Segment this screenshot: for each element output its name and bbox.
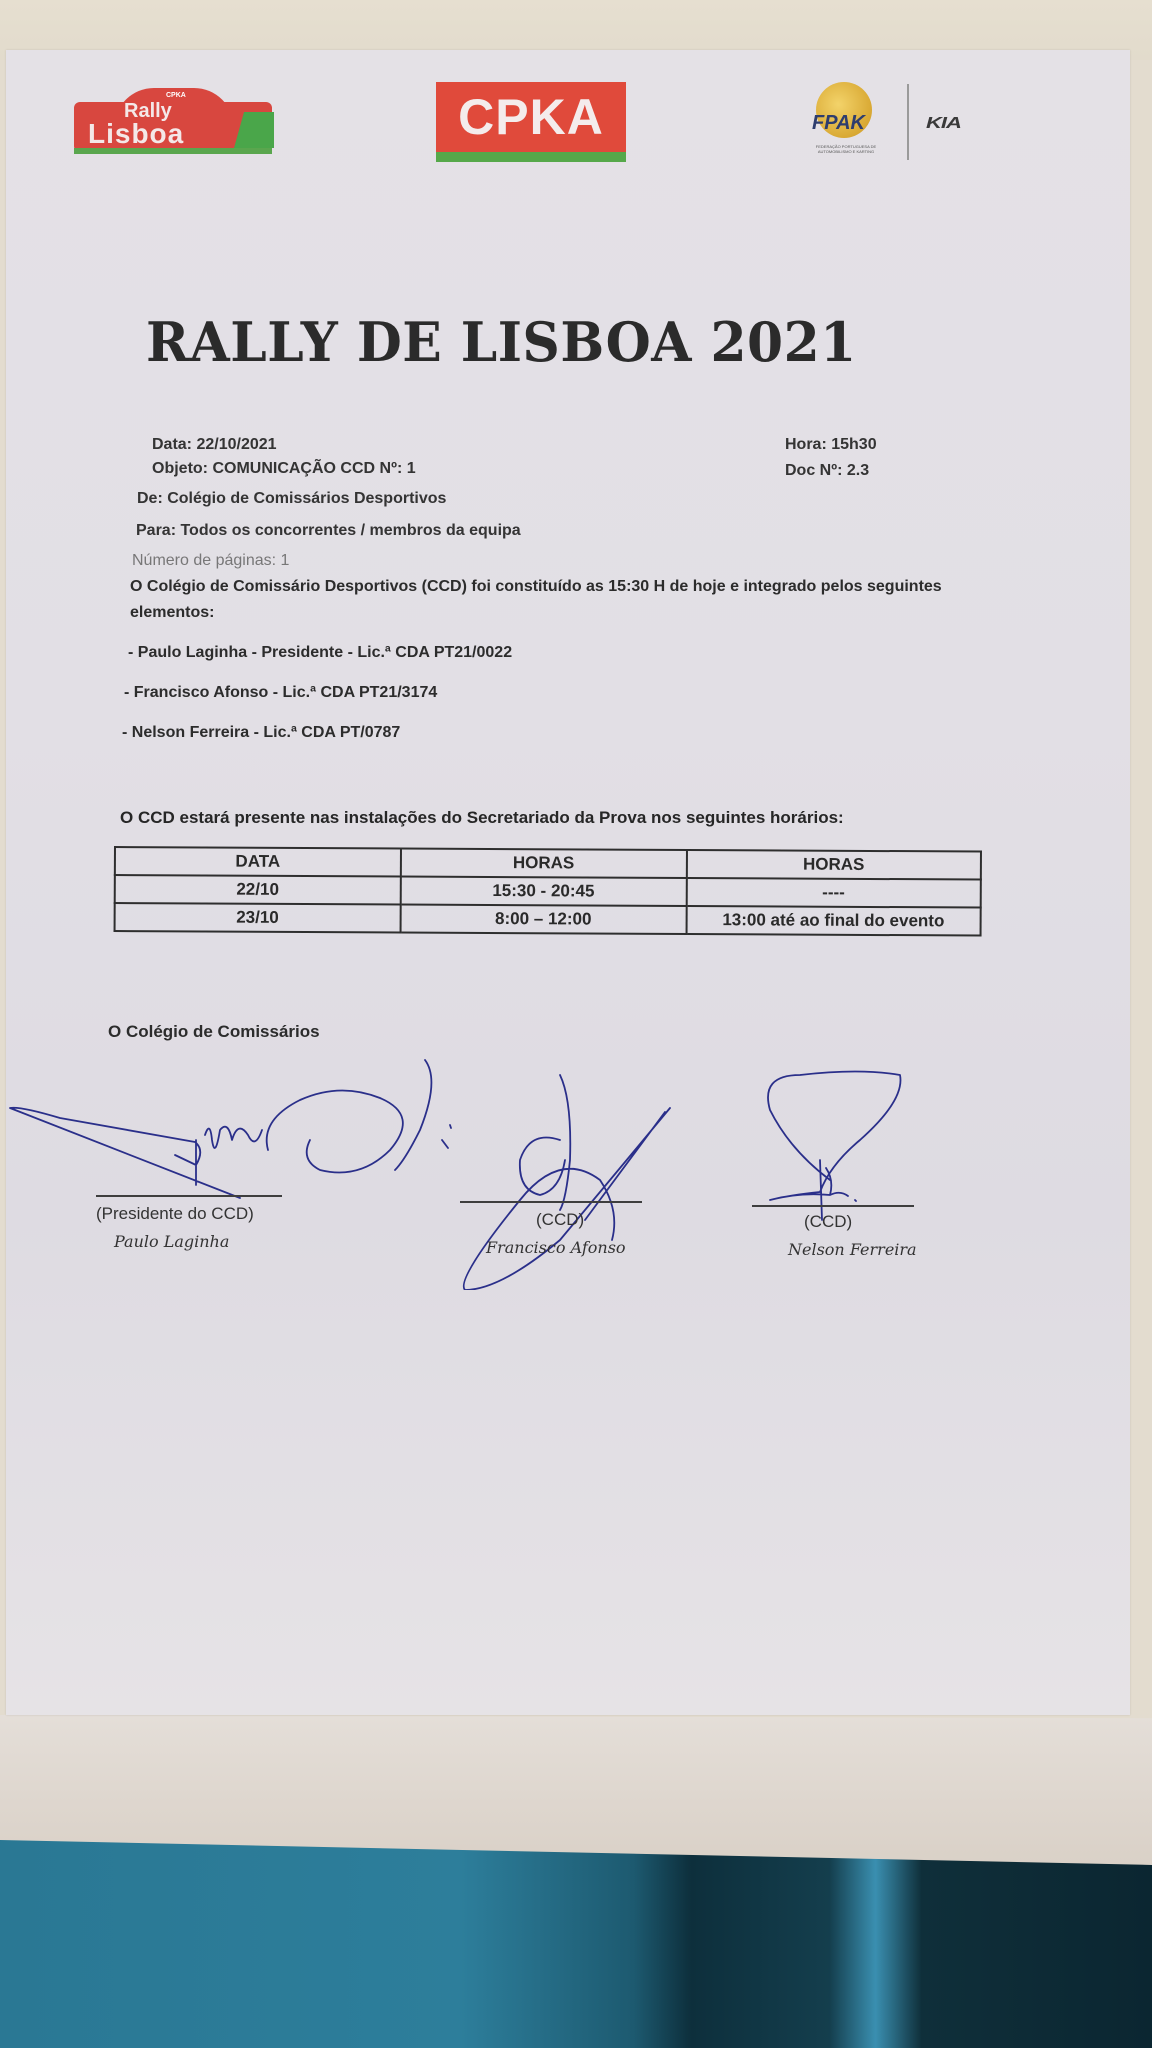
fpak-logo: FPAK FEDERAÇÃO PORTUGUESA DE AUTOMOBILIS… <box>806 82 886 162</box>
document-number: Doc Nº: 2.3 <box>785 462 869 480</box>
signature-paulo-laginha <box>10 1060 451 1198</box>
signatory-role: (CCD) <box>804 1212 852 1232</box>
body-paragraph: O Colégio de Comissário Desportivos (CCD… <box>130 574 990 626</box>
signatory-name: Francisco Afonso <box>486 1238 626 1257</box>
signatory-name: Nelson Ferreira <box>788 1240 917 1259</box>
table-cell: 13:00 até ao final do evento <box>686 906 981 936</box>
kia-logo: KIA <box>926 114 961 132</box>
cpka-logo: CPKA <box>436 82 626 164</box>
background-fabric <box>0 1840 1152 2048</box>
signatory-name: Paulo Laginha <box>114 1232 229 1251</box>
table-row: 22/10 15:30 - 20:45 ---- <box>115 875 981 908</box>
schedule-table: DATA HORAS HORAS 22/10 15:30 - 20:45 ---… <box>114 846 982 937</box>
table-cell: 15:30 - 20:45 <box>400 877 686 906</box>
rally-lisboa-logo: CPKA Rally Lisboa <box>74 88 274 158</box>
signature-line <box>460 1201 642 1203</box>
member-item: - Francisco Afonso - Lic.ª CDA PT21/3174 <box>124 684 437 702</box>
signatory-role: (CCD) <box>536 1210 584 1230</box>
document-title: RALLY DE LISBOA 2021 <box>146 310 857 374</box>
table-row: 23/10 8:00 – 12:00 13:00 até ao final do… <box>115 903 981 936</box>
header-cell: HORAS <box>401 849 687 878</box>
signature-francisco-afonso <box>464 1075 670 1290</box>
document-subject: Objeto: COMUNICAÇÃO CCD Nº: 1 <box>152 460 416 478</box>
table-cell: ---- <box>686 878 981 908</box>
header-cell: HORAS <box>686 850 981 880</box>
signature-line <box>752 1205 914 1207</box>
signature-line <box>96 1195 282 1197</box>
header-cell: DATA <box>115 847 401 876</box>
document-time: Hora: 15h30 <box>785 436 877 454</box>
table-cell: 23/10 <box>115 903 401 932</box>
document-to: Para: Todos os concorrentes / membros da… <box>136 522 521 540</box>
document-pages: Número de páginas: 1 <box>132 552 289 570</box>
table-cell: 8:00 – 12:00 <box>400 905 686 934</box>
closing-label: O Colégio de Comissários <box>108 1022 320 1042</box>
schedule-intro: O CCD estará presente nas instalações do… <box>120 808 844 828</box>
signatory-role: (Presidente do CCD) <box>96 1204 254 1224</box>
logo-divider <box>907 84 909 160</box>
document-date: Data: 22/10/2021 <box>152 436 277 454</box>
table-cell: 22/10 <box>115 875 401 904</box>
member-item: - Nelson Ferreira - Lic.ª CDA PT/0787 <box>122 724 400 742</box>
signature-nelson-ferreira <box>768 1072 901 1221</box>
member-item: - Paulo Laginha - Presidente - Lic.ª CDA… <box>128 644 512 662</box>
table-header-row: DATA HORAS HORAS <box>115 847 981 880</box>
document-from: De: Colégio de Comissários Desportivos <box>137 490 446 508</box>
